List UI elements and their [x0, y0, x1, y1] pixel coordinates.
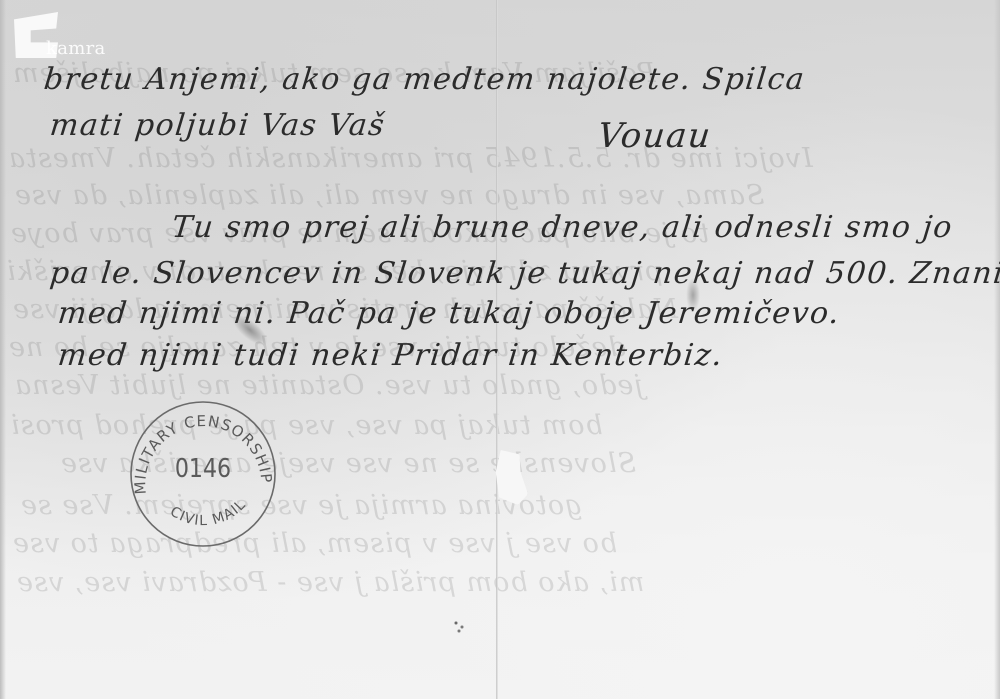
bleed-line: mi, ako bom prišla j vse - Pozdravi vse,…	[16, 567, 644, 598]
watermark-text: kamra	[46, 38, 106, 59]
bleed-line: bo vse j vse v pisem, ali predpraga to v…	[12, 528, 617, 559]
letter-line-4: pa le. Slovencev in Slovenk je tukaj nek…	[48, 256, 1000, 291]
paper-tear	[494, 450, 528, 505]
paper-edge-left	[0, 0, 6, 699]
bleed-line: jedo, gnalo tu vse. Ostanite ne ljubit V…	[14, 370, 643, 401]
letter-line-5: med njimi ni. Pač pa je tukaj oboje Jere…	[56, 296, 842, 331]
bleed-line: bom tukaj pa vse, vse pa je prehod prosi	[10, 410, 603, 441]
bleed-line: gotovina armija je vse sprejem. Vse se	[20, 490, 582, 521]
military-censorship-stamp: MILITARY CENSORSHIP CIVIL MAILS 0146	[125, 398, 281, 550]
letter-line-1: bretu Anjemi, ako ga medtem najolete. Sp…	[42, 62, 807, 97]
ink-specks	[450, 615, 470, 635]
scanned-letter-page: Pošiljam Vam ko se sem tukaj po najboljš…	[0, 0, 1000, 699]
kamra-watermark: kamra	[12, 12, 122, 62]
signature: Vouau	[596, 116, 714, 156]
letter-line-2: mati poljubi Vas Vaš	[48, 108, 387, 143]
letter-line-6: med njimi tudi neki Pridar in Kenterbiz.	[56, 338, 725, 373]
bleed-line: Sama, vse in drugo ne vem ali, ali zaple…	[14, 180, 764, 211]
letter-line-3: Tu smo prej ali brune dneve, ali odnesli…	[170, 210, 955, 245]
paper-edge-right	[994, 0, 1000, 699]
stamp-number: 0146	[137, 454, 270, 484]
ink-smudge	[686, 278, 700, 312]
